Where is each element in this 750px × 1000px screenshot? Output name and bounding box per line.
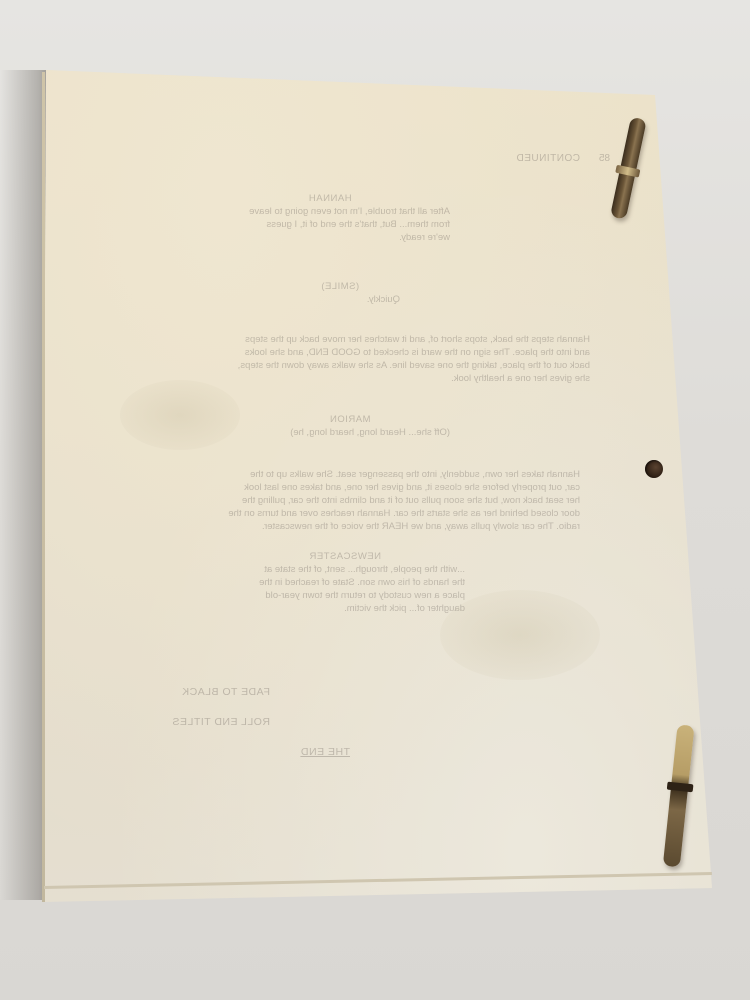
dialogue-block-hannah: HANNAH After all that trouble, I'm not e… — [210, 192, 450, 244]
character-name: MARION — [240, 413, 460, 426]
action-line: Hannah takes her own, suddenly, into the… — [150, 468, 580, 481]
action-line: her seat back now, but she soon pulls ou… — [150, 494, 580, 507]
dialogue-line: from them... But, that's the end of it, … — [210, 218, 450, 231]
backdrop-shadow — [0, 70, 48, 900]
dialogue-block-smile: (SMILE) Quickly. — [240, 280, 440, 306]
dialogue-line: ...with the people, through... sent, of … — [225, 563, 465, 576]
action-line: she gives her one a healthy look. — [150, 372, 590, 385]
character-name: NEWSCASTER — [225, 550, 465, 563]
punch-hole — [645, 460, 663, 478]
bleed-through-text: CONTINUED 85 HANNAH After all that troub… — [150, 150, 590, 770]
action-block: Hannah takes her own, suddenly, into the… — [150, 468, 580, 533]
transition-roll: ROLL END TITLES — [172, 716, 270, 729]
page-number: 85 — [599, 152, 610, 165]
action-block: Hannah steps the back, stops short of, a… — [150, 333, 590, 385]
dialogue-block-newscaster: NEWSCASTER ...with the people, through..… — [225, 550, 465, 615]
action-line: door closed behind her as she starts the… — [150, 507, 580, 520]
action-line: car, out properly before she closes it, … — [150, 481, 580, 494]
dialogue-line: the hands of his own son. State of reach… — [225, 576, 465, 589]
continued-header: CONTINUED — [516, 152, 580, 165]
action-line: Hannah steps the back, stops short of, a… — [150, 333, 590, 346]
dialogue-line: we're ready. — [210, 231, 450, 244]
dialogue-block-marion: MARION (Off she... Heard long, heard lon… — [240, 413, 460, 439]
dialogue-line: After all that trouble, I'm not even goi… — [210, 205, 450, 218]
dialogue-line: (Off she... Heard long, heard long, he) — [240, 426, 460, 439]
the-end: THE END — [300, 746, 350, 759]
transition-fade: FADE TO BLACK — [182, 686, 270, 699]
parenthetical: (SMILE) — [240, 280, 440, 293]
action-line: radio. The car slowly pulls away, and we… — [150, 520, 580, 533]
dialogue-line: Quickly. — [240, 293, 440, 306]
action-line: and into the place. The sign on the ward… — [150, 346, 590, 359]
dialogue-line: place a new custody to return the town y… — [225, 589, 465, 602]
character-name: HANNAH — [210, 192, 450, 205]
paper-left-edge — [42, 72, 45, 902]
fastener-prong — [663, 724, 695, 867]
action-line: back out of the place, taking the one sa… — [150, 359, 590, 372]
dialogue-line: daughter of... pick the victim. — [225, 602, 465, 615]
